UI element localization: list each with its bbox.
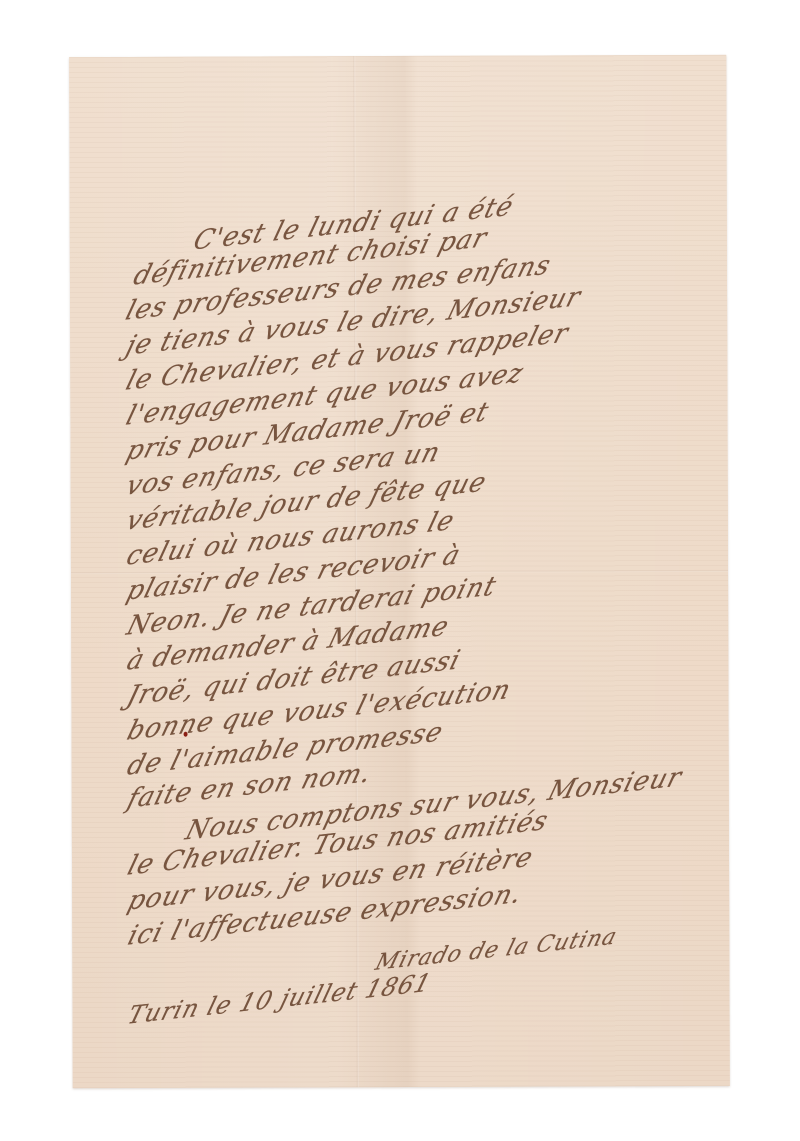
letter-sheet: C'est le lundi qui a été définitivement …	[69, 55, 730, 1088]
ink-speck	[184, 732, 188, 737]
dateline: Turin le 10 juillet 1861	[125, 968, 435, 1030]
signature: Mirado de la Cutina	[372, 924, 620, 976]
